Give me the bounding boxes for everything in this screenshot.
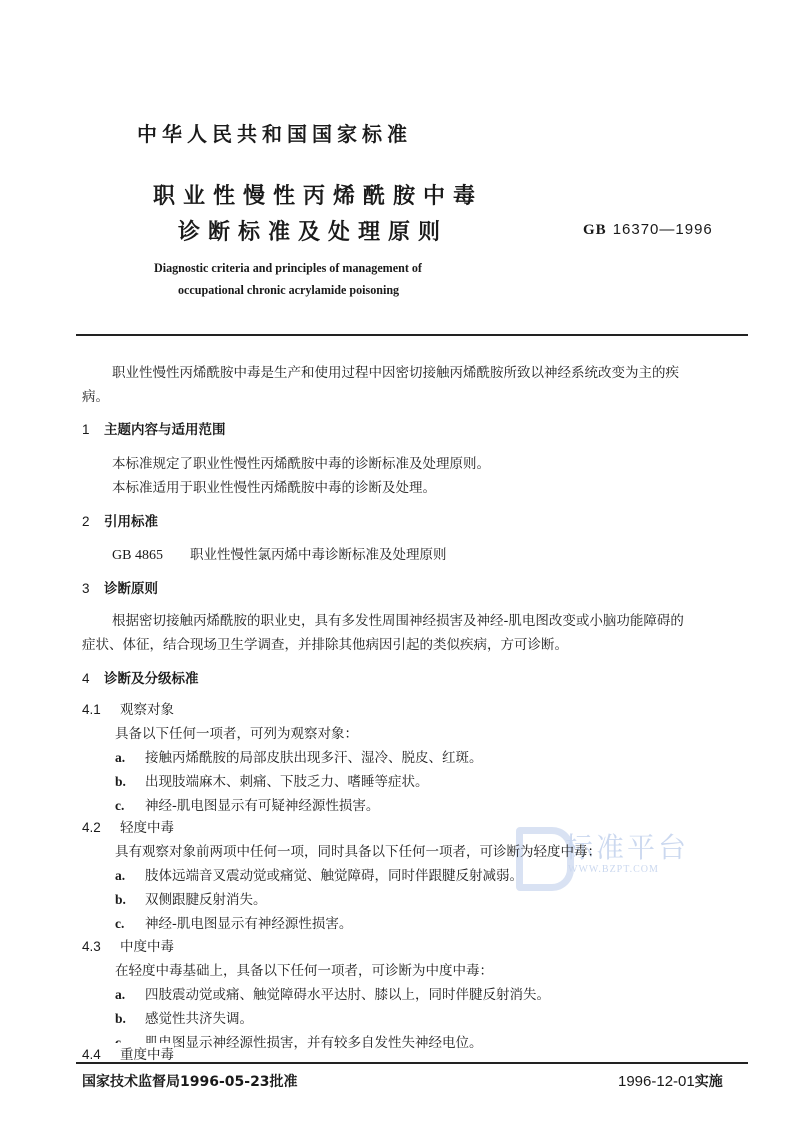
subsection-4-1-heading: 4.1观察对象 — [82, 698, 174, 718]
subsection-number: 4.2 — [82, 820, 120, 835]
section-title: 主题内容与适用范围 — [104, 422, 226, 438]
list-item: b.感觉性共济失调。 — [115, 1007, 253, 1027]
list-item: a.肢体远端音叉震动觉或痛觉、触觉障碍，同时伴跟腱反射减弱。 — [115, 864, 523, 884]
english-title-line-1: Diagnostic criteria and principles of ma… — [154, 260, 422, 276]
item-text: 双侧跟腱反射消失。 — [145, 892, 267, 908]
section-3-heading: 3诊断原则 — [82, 577, 158, 597]
list-item: c.神经-肌电图显示有可疑神经源性损害。 — [115, 794, 379, 814]
item-text: 神经-肌电图显示有可疑神经源性损害。 — [145, 798, 379, 814]
subsection-4-3-lead: 在轻度中毒基础上，具备以下任何一项者，可诊断为中度中毒： — [115, 959, 493, 979]
section-3-line-1: 根据密切接触丙烯酰胺的职业史，具有多发性周围神经损害及神经-肌电图改变或小脑功能… — [112, 609, 684, 629]
approval-info: 国家技术监督局1996-05-23批准 — [82, 1071, 298, 1091]
list-item: b.出现肢端麻木、刺痛、下肢乏力、嗜睡等症状。 — [115, 770, 429, 790]
item-text: 出现肢端麻木、刺痛、下肢乏力、嗜睡等症状。 — [145, 774, 429, 790]
section-1-para-1: 本标准规定了职业性慢性丙烯酰胺中毒的诊断标准及处理原则。 — [112, 452, 490, 472]
section-title: 诊断及分级标准 — [104, 671, 199, 687]
standard-code: GB16370—1996 — [583, 221, 713, 239]
code-prefix: GB — [583, 222, 607, 238]
reference-code: GB 4865 — [112, 548, 190, 564]
item-label: c. — [115, 798, 145, 814]
item-text: 肢体远端音叉震动觉或痛觉、触觉障碍，同时伴跟腱反射减弱。 — [145, 868, 523, 884]
watermark-url: WWW.BZPT.COM — [568, 864, 659, 875]
item-label: b. — [115, 774, 145, 790]
reference-standard: GB 4865职业性慢性氯丙烯中毒诊断标准及处理原则 — [112, 543, 447, 564]
list-item: a.四肢震动觉或痛、触觉障碍水平达肘、膝以上，同时伴腱反射消失。 — [115, 983, 550, 1003]
item-text: 四肢震动觉或痛、触觉障碍水平达肘、膝以上，同时伴腱反射消失。 — [145, 987, 550, 1003]
list-item: b.双侧跟腱反射消失。 — [115, 888, 267, 908]
section-2-heading: 2引用标准 — [82, 510, 158, 530]
standard-name: 中华人民共和国国家标准 — [137, 118, 412, 147]
effective-info: 1996-12-01实施 — [618, 1071, 723, 1091]
reference-title: 职业性慢性氯丙烯中毒诊断标准及处理原则 — [190, 547, 447, 563]
effective-date: 1996-12-01 — [618, 1073, 695, 1090]
subsection-4-2-lead: 具有观察对象前两项中任何一项，同时具备以下任何一项者，可诊断为轻度中毒： — [115, 840, 601, 860]
english-title-line-2: occupational chronic acrylamide poisonin… — [178, 282, 399, 298]
item-label: a. — [115, 868, 145, 884]
subsection-number: 4.3 — [82, 939, 120, 954]
item-label: a. — [115, 750, 145, 766]
section-1-para-2: 本标准适用于职业性慢性丙烯酰胺中毒的诊断及处理。 — [112, 476, 436, 496]
section-number: 4 — [82, 671, 104, 686]
title-line-1: 职业性慢性丙烯酰胺中毒 — [153, 179, 483, 210]
footer-divider — [76, 1062, 748, 1064]
subsection-4-1-lead: 具备以下任何一项者，可列为观察对象： — [115, 722, 358, 742]
header-divider — [76, 334, 748, 336]
item-label: b. — [115, 892, 145, 908]
section-number: 3 — [82, 581, 104, 596]
item-label: c. — [115, 916, 145, 932]
subsection-number: 4.4 — [82, 1047, 120, 1062]
item-text: 接触丙烯酰胺的局部皮肤出现多汗、湿冷、脱皮、红斑。 — [145, 750, 483, 766]
intro-line-1: 职业性慢性丙烯酰胺中毒是生产和使用过程中因密切接触丙烯酰胺所致以神经系统改变为主… — [112, 361, 679, 381]
list-item: c.神经-肌电图显示有神经源性损害。 — [115, 912, 352, 932]
subsection-4-2-heading: 4.2轻度中毒 — [82, 816, 174, 836]
section-number: 2 — [82, 514, 104, 529]
subsection-4-3-heading: 4.3中度中毒 — [82, 935, 174, 955]
subsection-title: 观察对象 — [120, 702, 174, 718]
section-title: 引用标准 — [104, 514, 158, 530]
item-text: 神经-肌电图显示有神经源性损害。 — [145, 916, 352, 932]
item-text: 肌电图显示神经源性损害，并有较多自发性失神经电位。 — [145, 1035, 483, 1051]
section-3-line-2: 症状、体征，结合现场卫生学调查，并排除其他病因引起的类似疾病，方可诊断。 — [82, 633, 568, 653]
subsection-number: 4.1 — [82, 702, 120, 717]
subsection-4-4-heading: 4.4重度中毒 — [82, 1043, 174, 1063]
item-label: b. — [115, 1011, 145, 1027]
item-text: 感觉性共济失调。 — [145, 1011, 253, 1027]
subsection-title: 中度中毒 — [120, 939, 174, 955]
list-item: a.接触丙烯酰胺的局部皮肤出现多汗、湿冷、脱皮、红斑。 — [115, 746, 483, 766]
code-number: 16370—1996 — [613, 221, 713, 238]
title-line-2: 诊断标准及处理原则 — [178, 215, 448, 246]
section-4-heading: 4诊断及分级标准 — [82, 667, 199, 687]
subsection-title: 重度中毒 — [120, 1047, 174, 1063]
section-number: 1 — [82, 422, 104, 437]
item-label: a. — [115, 987, 145, 1003]
section-title: 诊断原则 — [104, 581, 158, 597]
section-1-heading: 1主题内容与适用范围 — [82, 418, 226, 438]
effective-label: 实施 — [695, 1074, 723, 1090]
subsection-title: 轻度中毒 — [120, 820, 174, 836]
intro-line-2: 病。 — [82, 385, 109, 405]
